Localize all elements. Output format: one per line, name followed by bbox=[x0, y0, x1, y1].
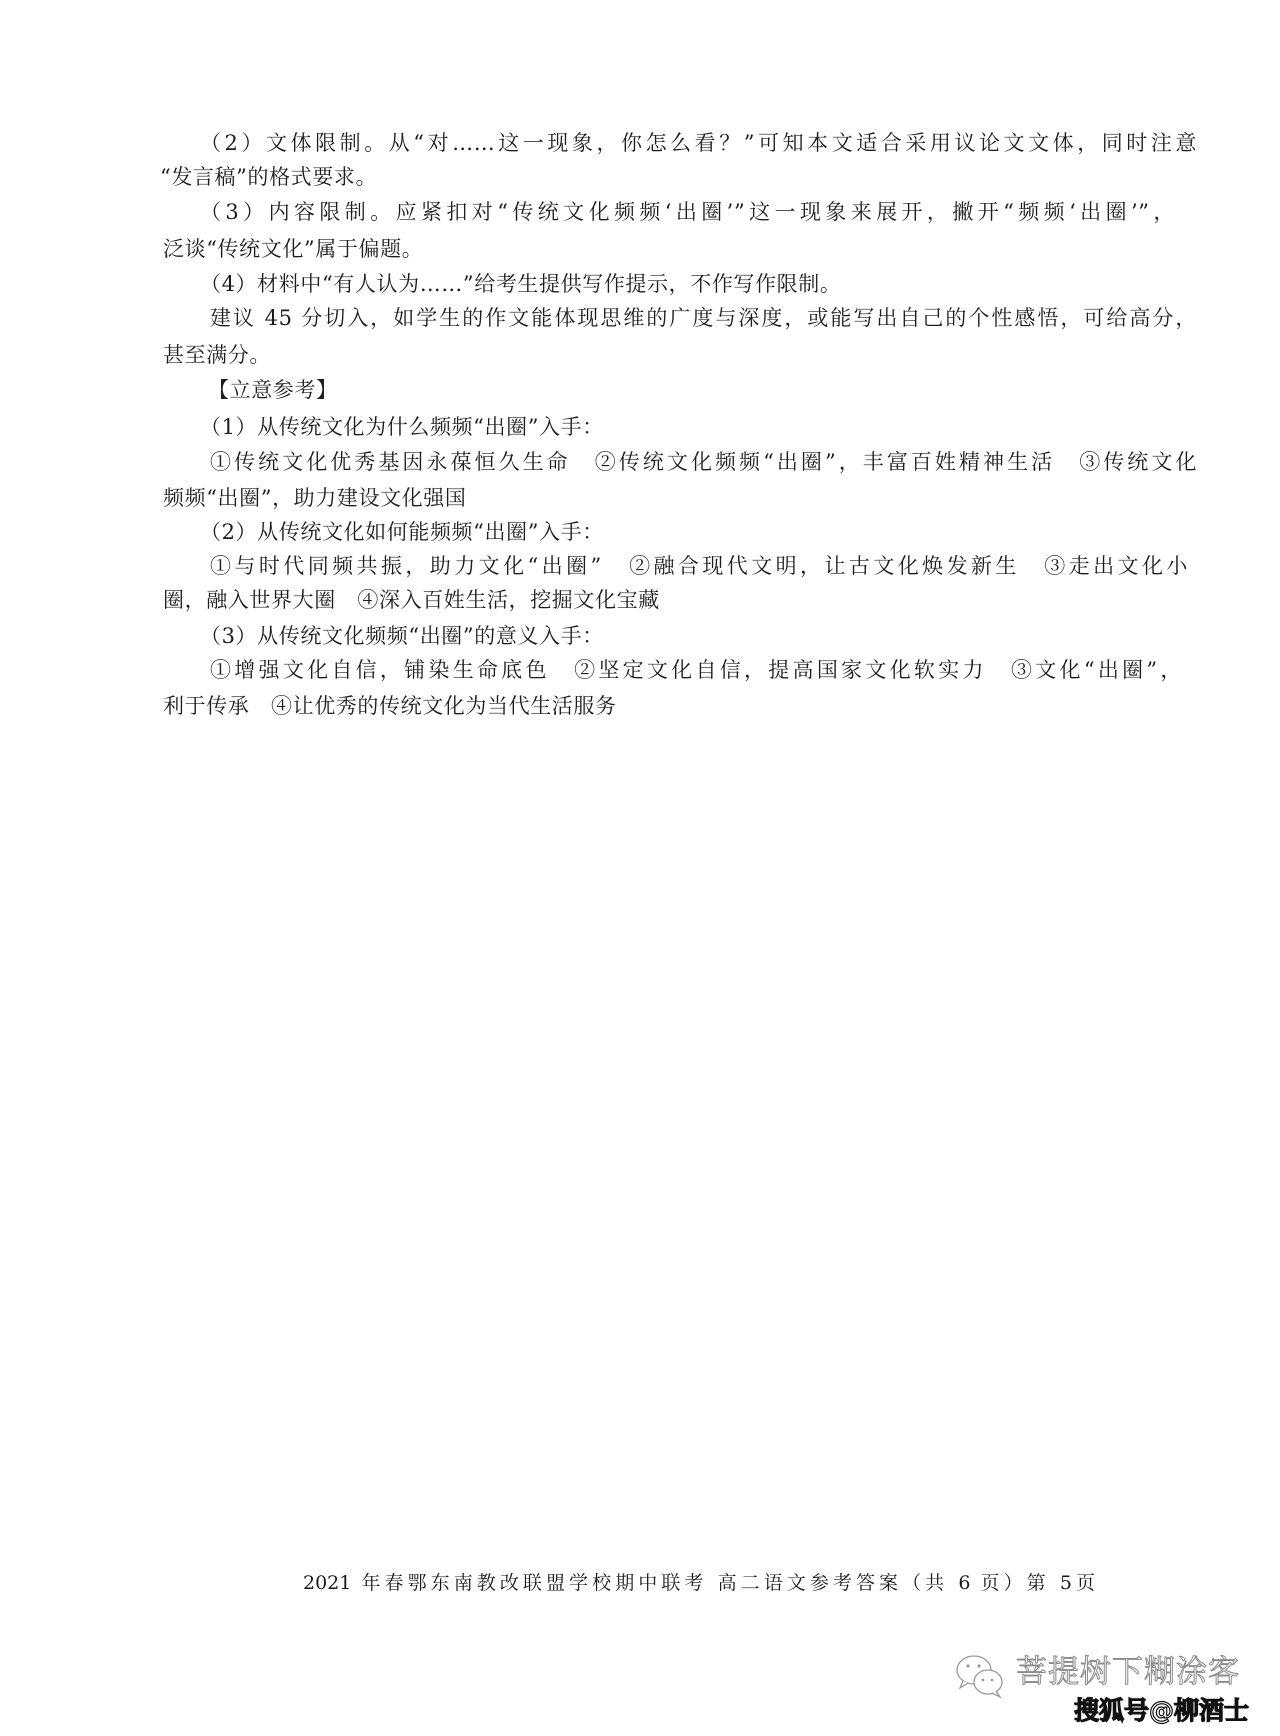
text-line: （1）从传统文化为什么频频“出圈”入手： bbox=[200, 413, 604, 441]
text-line: （2）文体限制。从“对……这一现象，你怎么看？”可知本文适合采用议论文文体，同时… bbox=[200, 129, 1197, 157]
text-line: 甚至满分。 bbox=[163, 341, 271, 369]
text-line: 建议 45 分切入，如学生的作文能体现思维的广度与深度，或能写出自己的个性感悟，… bbox=[210, 304, 1197, 332]
page-footer: 2021 年春鄂东南教改联盟学校期中联考 高二语文参考答案（共 6 页）第 5页 bbox=[303, 1569, 1095, 1597]
text-line: ①传统文化优秀基因永葆恒久生命 ②传统文化频频“出圈”，丰富百姓精神生活 ③传统… bbox=[210, 448, 1197, 476]
text-line: 利于传承 ④让优秀的传统文化为当代生活服务 bbox=[163, 692, 617, 720]
wechat-icon bbox=[954, 1652, 1006, 1700]
text-line: （4）材料中“有人认为……”给考生提供写作提示，不作写作限制。 bbox=[200, 270, 841, 298]
watermark-subtitle: 搜狐号@柳酒士 bbox=[1074, 1696, 1249, 1726]
document-page: （2）文体限制。从“对……这一现象，你怎么看？”可知本文适合采用议论文文体，同时… bbox=[0, 0, 1280, 1736]
text-line: 泛谈“传统文化”属于偏题。 bbox=[163, 235, 423, 263]
text-line: （3）从传统文化频频“出圈”的意义入手： bbox=[200, 622, 604, 650]
watermark-title: 菩提树下糊涂客 bbox=[1016, 1654, 1240, 1690]
text-line: 频频“出圈”，助力建设文化强国 bbox=[163, 484, 466, 512]
watermark: 菩提树下糊涂客 搜狐号@柳酒士 bbox=[950, 1648, 1260, 1732]
text-line: ①与时代同频共振，助力文化“出圈” ②融合现代文明，让古文化焕发新生 ③走出文化… bbox=[210, 552, 1188, 580]
text-line: （3）内容限制。应紧扣对“传统文化频频‘出圈’”这一现象来展开，撇开“频频‘出圈… bbox=[200, 198, 1175, 226]
section-heading: 【立意参考】 bbox=[208, 376, 338, 404]
text-line: 圈，融入世界大圈 ④深入百姓生活，挖掘文化宝藏 bbox=[163, 586, 660, 614]
text-line: （2）从传统文化如何能频频“出圈”入手： bbox=[200, 518, 604, 546]
text-line: “发言稿”的格式要求。 bbox=[160, 163, 377, 191]
text-line: ①增强文化自信，铺染生命底色 ②坚定文化自信，提高国家文化软实力 ③文化“出圈”… bbox=[210, 656, 1182, 684]
